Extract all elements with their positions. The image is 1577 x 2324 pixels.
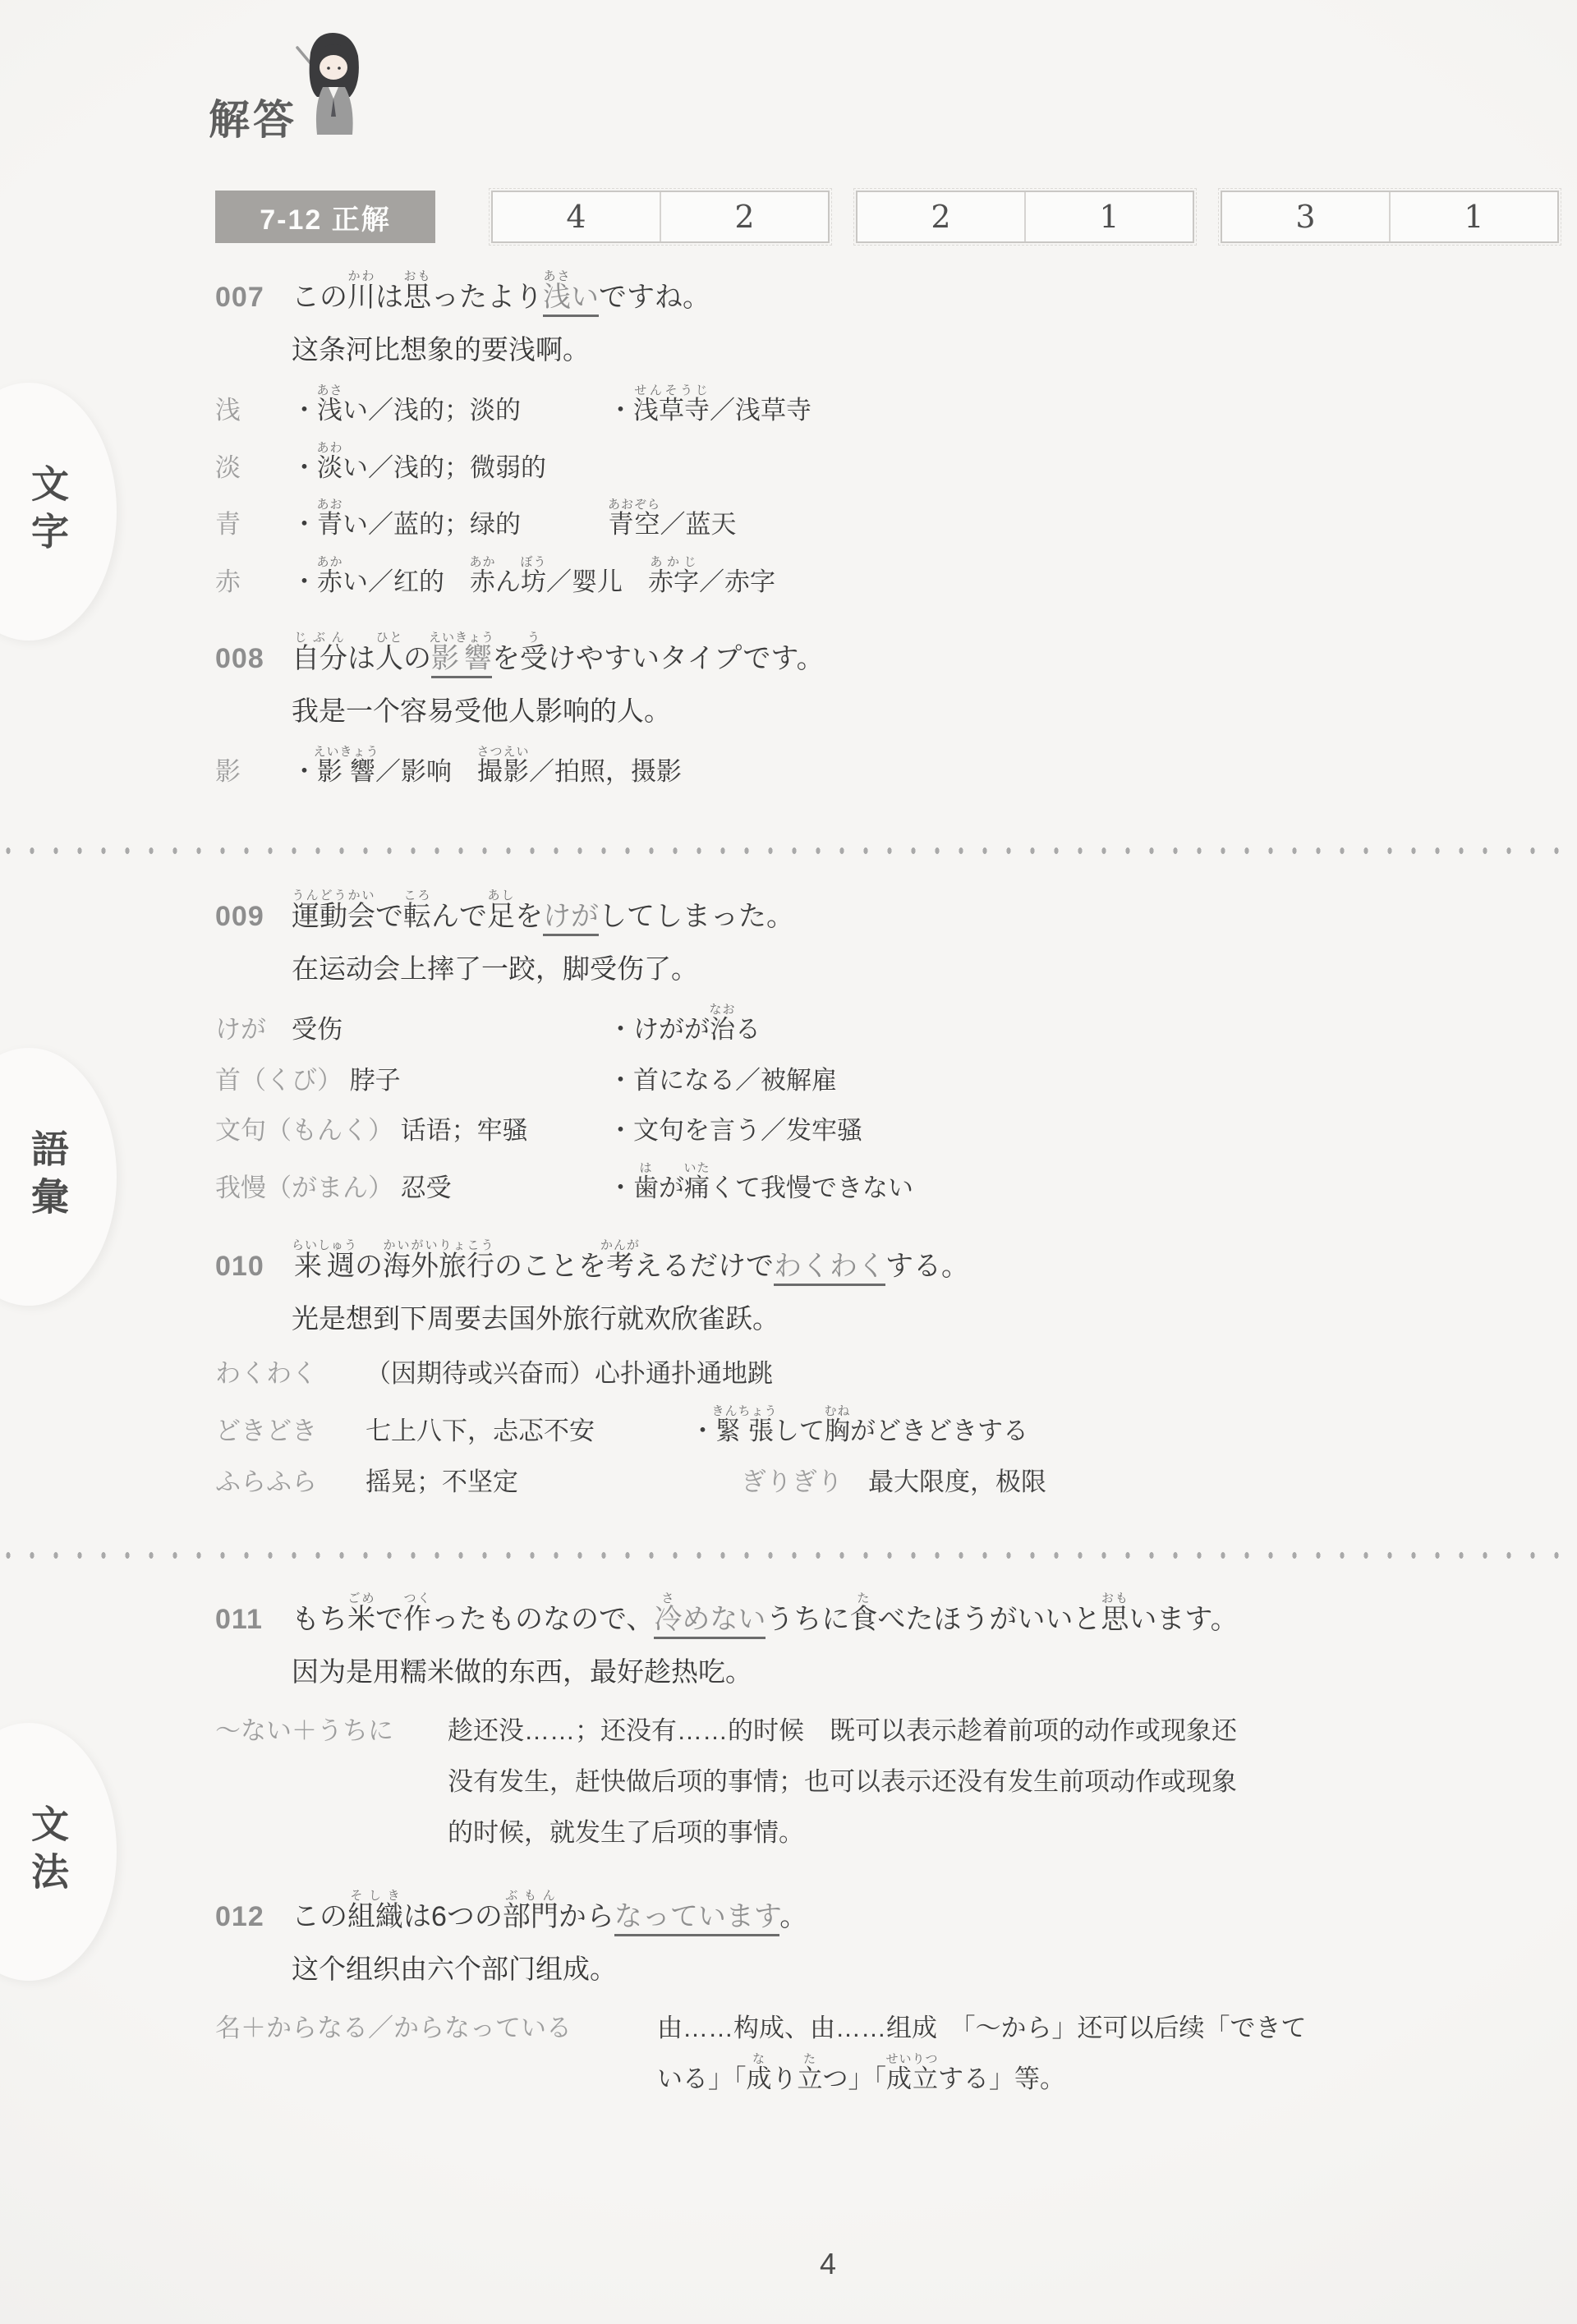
vocab-cell: 青空あおぞら／蓝天 xyxy=(608,498,737,545)
furigana: た xyxy=(849,1591,877,1605)
vocab-row: 青・青あおい／蓝的；绿的青空あおぞら／蓝天 xyxy=(215,498,1546,545)
text-segment: べたほうがいいと xyxy=(877,1604,1101,1635)
text-segment: のことを xyxy=(494,1251,606,1282)
question-line: 009運動会うんどうかいで転ころんで足あしをけがしてしまった。 xyxy=(215,889,1546,935)
ruby-word: 緊張きんちょう xyxy=(715,1417,774,1445)
text-segment: から xyxy=(559,1901,614,1932)
text-segment: ・ xyxy=(608,396,633,425)
text-segment: ・ xyxy=(292,567,317,596)
question-number: 011 xyxy=(215,1604,292,1636)
text-segment: 。 xyxy=(779,1901,807,1932)
ruby-word: 来週らいしゅう xyxy=(292,1251,355,1282)
text-segment: 摇晃；不坚定 xyxy=(366,1467,518,1496)
question-sentence: 運動会うんどうかいで転ころんで足あしをけがしてしまった。 xyxy=(292,889,794,935)
furigana: じぶん xyxy=(292,631,347,645)
furigana: あさ xyxy=(317,384,343,397)
vocab-cell: けが 受伤 xyxy=(215,1009,608,1050)
vocab-row: 〜ない＋うちに趁还没……；还没有……的时候 既可以表示趁着前项的动作或现象还没有… xyxy=(215,1706,1546,1858)
question-sentence: 来週らいしゅうの海外旅行かいがいりょこうのことを考かんがえるだけでわくわくする。 xyxy=(292,1238,969,1284)
text-segment: 趁还没……；还没有……的时候 既可以表示趁着前项的动作或现象还没有发生，赶快做后… xyxy=(448,1716,1237,1847)
furigana: ごめ xyxy=(347,1591,375,1605)
question-line: 011もち米ごめで作つくったものなので、冷さめないうちに食たべたほうがいいと思お… xyxy=(215,1591,1546,1637)
text-segment: この xyxy=(292,282,347,313)
answer-group: 31 xyxy=(1221,191,1559,243)
sentence-translation: 我是一个容易受他人影响的人。 xyxy=(292,690,1546,728)
furigana: おも xyxy=(403,269,431,283)
vocab-row: 影・影響えいきょう／影响 撮影さつえい／拍照，摄影 xyxy=(215,745,1546,792)
vocab-key: 淡 xyxy=(215,447,292,484)
furigana: せんそうじ xyxy=(633,384,710,397)
question-line: 012この組織そしきは6つの部門ぶもんからなっています。 xyxy=(215,1889,1546,1935)
ruby-word: 川かわ xyxy=(347,282,375,313)
ruby-word: 思おも xyxy=(403,282,431,313)
ruby-word: 組織そしき xyxy=(347,1901,403,1932)
vocab-row: 首（くび） 脖子・首になる／被解雇 xyxy=(215,1060,1546,1101)
question-sentence: もち米ごめで作つくったものなので、冷さめないうちに食たべたほうがいいと思おもいま… xyxy=(292,1591,1239,1637)
ruby-word: 痛いた xyxy=(684,1173,710,1202)
text-segment: 最大限度，极限 xyxy=(843,1467,1046,1496)
text-segment: い／浅的；微弱的 xyxy=(343,453,546,482)
text-segment: なっています xyxy=(614,1901,779,1936)
furigana: あし xyxy=(487,889,515,903)
vocab-cell: ・緊張きんちょうして胸むねがどきどきする xyxy=(690,1404,1028,1452)
page-background: 解答 7-12 正解 422131 文字語彙文法 007この川かわは思おもったよ… xyxy=(0,0,1577,2324)
vocab-cell: ・赤あかい／红的 赤あかん坊ぼう／婴儿 赤字あかじ／赤字 xyxy=(292,555,775,603)
vocab-row: 文句（もんく） 话语；牢骚・文句を言う／发牢骚 xyxy=(215,1110,1546,1151)
vocab-key: 名＋からなる／からなっている xyxy=(215,2007,657,2044)
furigana: あお xyxy=(317,498,343,512)
furigana: らいしゅう xyxy=(292,1238,357,1252)
furigana: ぶもん xyxy=(503,1889,559,1903)
vocab-cell: ・けがが治なおる xyxy=(608,1003,761,1050)
vocab-key: わくわく xyxy=(215,1353,366,1389)
furigana: あさ xyxy=(543,269,571,283)
vocab-cell: ぎりぎり 最大限度，极限 xyxy=(690,1462,1046,1503)
ruby-word: 考かんが xyxy=(606,1251,634,1282)
vocab-row: ふらふら摇晃；不坚定 ぎりぎり 最大限度，极限 xyxy=(215,1461,1546,1503)
ruby-word: 坊ぼう xyxy=(521,567,546,596)
text-segment: で xyxy=(375,901,403,932)
furigana: あか xyxy=(317,555,343,569)
text-segment: い／蓝的；绿的 xyxy=(343,510,521,539)
vocab-row: 淡・淡あわい／浅的；微弱的 xyxy=(215,441,1546,489)
vocab-row: けが 受伤・けがが治なおる xyxy=(215,1003,1546,1050)
ruby-word: 撮影さつえい xyxy=(477,757,529,786)
question-sentence: 自分じぶんは人ひとの影響えいきょうを受うけやすいタイプです。 xyxy=(292,631,825,677)
furigana: ひと xyxy=(375,631,403,645)
text-segment: うちに xyxy=(766,1604,849,1635)
text-segment: ／婴儿 xyxy=(546,567,648,596)
sentence-translation: 这个组织由六个部门组成。 xyxy=(292,1948,1546,1986)
girl-teacher-icon xyxy=(284,26,376,140)
vocab-cell: 趁还没……；还没有……的时候 既可以表示趁着前项的动作或现象还没有发生，赶快做后… xyxy=(448,1706,1240,1858)
text-segment: ／赤字 xyxy=(699,567,775,596)
ruby-word: 治なお xyxy=(710,1015,735,1044)
vocab-cell: ・浅草寺せんそうじ／浅草寺 xyxy=(608,384,811,431)
answer-cell: 2 xyxy=(857,192,1024,241)
furigana: えいきょう xyxy=(314,745,379,759)
vocab-cell: 由……构成、由……组成 「〜から」还可以后续「できている」「成なり立たつ」「成立… xyxy=(657,2003,1314,2105)
answers-badge: 7-12 正解 xyxy=(215,191,435,243)
dotted-separator xyxy=(0,844,1577,857)
text-segment: ／影响 xyxy=(375,757,477,786)
text-segment: ・ xyxy=(292,453,317,482)
text-segment: ／拍照，摄影 xyxy=(529,757,682,786)
text-segment: わくわく xyxy=(774,1251,885,1286)
ruby-word: 冷さ xyxy=(654,1604,682,1639)
vocab-rows: 〜ない＋うちに趁还没……；还没有……的时候 既可以表示趁着前项的动作或现象还没有… xyxy=(215,1706,1546,1858)
text-segment: ったより xyxy=(431,282,543,313)
text-segment: ・ xyxy=(292,510,317,539)
furigana: は xyxy=(633,1161,659,1175)
ruby-word: 赤あか xyxy=(317,567,343,596)
text-segment: けが xyxy=(543,901,599,936)
furigana: いた xyxy=(684,1161,710,1175)
vocab-cell: 摇晃；不坚定 xyxy=(366,1462,690,1503)
ruby-word: 浅あさ xyxy=(317,396,343,425)
furigana: な xyxy=(747,2052,772,2066)
furigana: かいがいりょこう xyxy=(383,1238,494,1252)
vocab-cell: ・文句を言う／发牢骚 xyxy=(608,1110,862,1151)
ruby-word: 浅あさ xyxy=(543,282,571,317)
ruby-word: 赤字あかじ xyxy=(648,567,699,596)
vocab-cell: ・影響えいきょう／影响 撮影さつえい／拍照，摄影 xyxy=(292,745,682,792)
sentence-translation: 光是想到下周要去国外旅行就欢欣雀跃。 xyxy=(292,1297,1546,1336)
text-segment: （因期待或兴奋而）心扑通扑通地跳 xyxy=(366,1359,773,1388)
text-segment: ／蓝天 xyxy=(660,510,737,539)
furigana: さつえい xyxy=(477,745,530,759)
question-number: 008 xyxy=(215,643,292,675)
text-segment: り xyxy=(772,2065,798,2093)
vocab-cell: ・歯はが痛いたくて我慢できない xyxy=(608,1161,913,1209)
sentence-translation: 这条河比想象的要浅啊。 xyxy=(292,328,1546,367)
text-segment: する」等。 xyxy=(938,2065,1065,2093)
furigana: ころ xyxy=(403,889,431,903)
text-segment: つ」「 xyxy=(823,2065,887,2093)
ruby-word: 赤あか xyxy=(470,567,495,596)
text-segment: ん xyxy=(495,567,521,596)
side-tab-grammar: 文法 xyxy=(0,1723,117,1981)
text-segment: は xyxy=(375,282,403,313)
vocab-row: 名＋からなる／からなっている由……构成、由……组成 「〜から」还可以后续「できて… xyxy=(215,2003,1546,2105)
vocab-key: 青 xyxy=(215,503,292,540)
text-segment: の xyxy=(355,1251,383,1282)
ruby-word: 運動会うんどうかい xyxy=(292,901,375,932)
furigana: う xyxy=(520,631,548,645)
answer-cell: 1 xyxy=(1389,192,1557,241)
text-segment: 忍受 xyxy=(393,1173,452,1202)
side-tab-label: 語彙 xyxy=(21,1129,75,1224)
vocab-row: わくわく（因期待或兴奋而）心扑通扑通地跳 xyxy=(215,1353,1546,1394)
vocab-key: どきどき xyxy=(215,1410,366,1447)
answer-bar: 7-12 正解 422131 xyxy=(215,191,1559,243)
furigana: あわ xyxy=(317,441,343,455)
text-segment: して xyxy=(774,1417,825,1445)
question-number: 012 xyxy=(215,1901,292,1933)
text-segment: この xyxy=(292,1901,347,1932)
text-segment: 6つの xyxy=(431,1901,503,1932)
text-segment: んで xyxy=(431,901,487,932)
ruby-word: 部門ぶもん xyxy=(503,1901,559,1932)
ruby-word: 自分じぶん xyxy=(292,643,347,674)
section-012: 012この組織そしきは6つの部門ぶもんからなっています。这个组织由六个部门组成。… xyxy=(215,1889,1546,2105)
furigana: そしき xyxy=(347,1889,403,1903)
vocab-cell: ・淡あわい／浅的；微弱的 xyxy=(292,441,546,489)
text-segment: を xyxy=(492,643,520,674)
answer-cell: 3 xyxy=(1222,192,1389,241)
vocab-rows: 浅・浅あさい／浅的；淡的・浅草寺せんそうじ／浅草寺淡・淡あわい／浅的；微弱的青・… xyxy=(215,384,1546,602)
question-line: 007この川かわは思おもったより浅あさいですね。 xyxy=(215,269,1546,315)
text-segment: けやすいタイプです。 xyxy=(548,643,825,674)
side-tab-label: 文字 xyxy=(21,464,75,559)
text-segment: ・けがが xyxy=(608,1015,710,1044)
vocab-rows: 影・影響えいきょう／影响 撮影さつえい／拍照，摄影 xyxy=(215,745,1546,792)
furigana: あか xyxy=(470,555,496,569)
section-010: 010来週らいしゅうの海外旅行かいがいりょこうのことを考かんがえるだけでわくわく… xyxy=(215,1238,1546,1503)
text-segment: の xyxy=(403,643,431,674)
answer-groups: 422131 xyxy=(491,191,1559,243)
ruby-word: 人ひと xyxy=(375,643,403,674)
text-segment: がどきどきする xyxy=(850,1417,1028,1445)
ruby-word: 浅草寺せんそうじ xyxy=(633,396,710,425)
side-tab-characters: 文字 xyxy=(0,383,117,641)
text-segment: ・首になる／被解雇 xyxy=(608,1066,837,1095)
text-segment: 我慢（がまん） xyxy=(215,1173,393,1202)
question-sentence: この川かわは思おもったより浅あさいですね。 xyxy=(292,269,710,315)
vocab-rows: わくわく（因期待或兴奋而）心扑通扑通地跳どきどき七上八下，忐忑不安・緊張きんちょ… xyxy=(215,1353,1546,1503)
section-008: 008自分じぶんは人ひとの影響えいきょうを受うけやすいタイプです。我是一个容易受… xyxy=(215,631,1546,792)
sentence-translation: 在运动会上摔了一跤，脚受伤了。 xyxy=(292,948,1546,986)
ruby-word: 胸むね xyxy=(825,1417,850,1445)
text-segment: けが xyxy=(215,1015,266,1044)
ruby-word: 青あお xyxy=(317,510,343,539)
text-segment: 文句（もんく） xyxy=(215,1116,393,1145)
sentence-translation: 因为是用糯米做的东西，最好趁热吃。 xyxy=(292,1651,1546,1689)
text-segment: 话语；牢骚 xyxy=(393,1116,528,1145)
text-segment: は xyxy=(347,643,375,674)
text-segment: めない xyxy=(682,1604,766,1639)
answer-cell: 4 xyxy=(493,192,660,241)
ruby-word: 思おも xyxy=(1101,1604,1129,1635)
furigana: あおぞら xyxy=(608,498,660,512)
side-tab-label: 文法 xyxy=(21,1804,75,1899)
ruby-word: 成な xyxy=(747,2065,772,2093)
page-number: 4 xyxy=(820,2247,836,2281)
text-segment: る xyxy=(735,1015,761,1044)
text-segment: 受伤 xyxy=(266,1015,343,1044)
vocab-key: 赤 xyxy=(215,561,292,598)
vocab-row: 赤・赤あかい／红的 赤あかん坊ぼう／婴儿 赤字あかじ／赤字 xyxy=(215,555,1546,603)
answer-cell: 2 xyxy=(660,192,828,241)
question-number: 010 xyxy=(215,1251,292,1283)
section-009: 009運動会うんどうかいで転ころんで足あしをけがしてしまった。在运动会上摔了一跤… xyxy=(215,889,1546,1209)
answer-cell: 1 xyxy=(1024,192,1193,241)
text-segment: は xyxy=(403,1901,431,1932)
text-segment: してしまった。 xyxy=(599,901,794,932)
ruby-word: 食た xyxy=(849,1604,877,1635)
vocab-row: 我慢（がまん） 忍受・歯はが痛いたくて我慢できない xyxy=(215,1161,1546,1209)
text-segment: い／红的 xyxy=(343,567,470,596)
section-007: 007この川かわは思おもったより浅あさいですね。这条河比想象的要浅啊。浅・浅あさ… xyxy=(215,269,1546,603)
vocab-key: 〜ない＋うちに xyxy=(215,1710,448,1747)
section-011: 011もち米ごめで作つくったものなので、冷さめないうちに食たべたほうがいいと思お… xyxy=(215,1591,1546,1858)
text-segment: い／浅的；淡的 xyxy=(343,396,521,425)
text-segment: する。 xyxy=(885,1251,969,1282)
ruby-word: 立た xyxy=(798,2065,823,2093)
furigana: かわ xyxy=(347,269,375,283)
vocab-cell: 文句（もんく） 话语；牢骚 xyxy=(215,1110,608,1151)
furigana: うんどうかい xyxy=(292,889,375,903)
vocab-cell: 七上八下，忐忑不安 xyxy=(366,1411,690,1452)
text-segment: えるだけで xyxy=(634,1251,774,1282)
ruby-word: 歯は xyxy=(633,1173,659,1202)
text-segment: もち xyxy=(292,1604,347,1635)
question-line: 008自分じぶんは人ひとの影響えいきょうを受うけやすいタイプです。 xyxy=(215,631,1546,677)
text-segment: います。 xyxy=(1129,1604,1238,1635)
text-segment: ・文句を言う／发牢骚 xyxy=(608,1116,862,1145)
text-segment: で xyxy=(375,1604,403,1635)
vocab-cell: ・浅あさい／浅的；淡的 xyxy=(292,384,608,431)
furigana: あかじ xyxy=(648,555,699,569)
ruby-word: 影響えいきょう xyxy=(317,757,375,786)
furigana: きんちょう xyxy=(712,1404,778,1418)
side-tab-vocabulary: 語彙 xyxy=(0,1048,117,1306)
ruby-word: 海外旅行かいがいりょこう xyxy=(383,1251,494,1282)
question-number: 007 xyxy=(215,282,292,314)
furigana: た xyxy=(798,2052,823,2066)
text-segment: ・ xyxy=(608,1173,633,1202)
vocab-cell: ・青あおい／蓝的；绿的 xyxy=(292,498,608,545)
text-segment: 七上八下，忐忑不安 xyxy=(366,1417,595,1445)
vocab-key: 影 xyxy=(215,751,292,788)
vocab-cell: ・首になる／被解雇 xyxy=(608,1060,837,1101)
question-line: 010来週らいしゅうの海外旅行かいがいりょこうのことを考かんがえるだけでわくわく… xyxy=(215,1238,1546,1284)
furigana: さ xyxy=(654,1591,682,1605)
question-number: 009 xyxy=(215,901,292,933)
furigana: おも xyxy=(1101,1591,1129,1605)
text-segment: ですね。 xyxy=(599,282,710,313)
dotted-separator xyxy=(0,1549,1577,1562)
text-segment: くて我慢できない xyxy=(710,1173,913,1202)
vocab-cell: 首（くび） 脖子 xyxy=(215,1060,608,1101)
vocab-cell: 我慢（がまん） 忍受 xyxy=(215,1168,608,1209)
text-segment: ・ xyxy=(292,396,317,425)
ruby-word: 受う xyxy=(520,643,548,674)
vocab-row: どきどき七上八下，忐忑不安・緊張きんちょうして胸むねがどきどきする xyxy=(215,1404,1546,1452)
text-segment: 首（くび） xyxy=(215,1066,343,1095)
furigana: ぼう xyxy=(521,555,547,569)
furigana: なお xyxy=(710,1003,736,1017)
text-segment: ぎりぎり xyxy=(741,1467,843,1496)
furigana: せいりつ xyxy=(886,2052,939,2066)
text-segment: ／浅草寺 xyxy=(710,396,811,425)
answer-group: 42 xyxy=(491,191,830,243)
text-segment: が xyxy=(659,1173,684,1202)
text-segment xyxy=(690,1467,741,1496)
ruby-word: 作つく xyxy=(403,1604,431,1635)
ruby-word: 成立せいりつ xyxy=(886,2065,938,2093)
ruby-word: 足あし xyxy=(487,901,515,932)
mascot-illustration xyxy=(284,26,376,144)
vocab-rows: 名＋からなる／からなっている由……构成、由……组成 「〜から」还可以后续「できて… xyxy=(215,2003,1546,2105)
ruby-word: 影響えいきょう xyxy=(431,643,492,678)
furigana: むね xyxy=(825,1404,851,1418)
ruby-word: 転ころ xyxy=(403,901,431,932)
text-segment: ったものなので、 xyxy=(431,1604,654,1635)
vocab-rows: けが 受伤・けがが治なおる首（くび） 脖子・首になる／被解雇文句（もんく） 话语… xyxy=(215,1003,1546,1208)
text-segment: い xyxy=(571,282,599,317)
vocab-key: ふらふら xyxy=(215,1461,366,1498)
answer-group: 21 xyxy=(856,191,1194,243)
furigana: つく xyxy=(403,1591,431,1605)
furigana: かんが xyxy=(600,1238,640,1252)
text-segment: 脖子 xyxy=(343,1066,401,1095)
ruby-word: 淡あわ xyxy=(317,453,343,482)
vocab-cell: （因期待或兴奋而）心扑通扑通地跳 xyxy=(366,1353,773,1394)
vocab-key: 浅 xyxy=(215,389,292,426)
vocab-row: 浅・浅あさい／浅的；淡的・浅草寺せんそうじ／浅草寺 xyxy=(215,384,1546,431)
ruby-word: 米ごめ xyxy=(347,1604,375,1635)
ruby-word: 青空あおぞら xyxy=(608,510,660,539)
question-sentence: この組織そしきは6つの部門ぶもんからなっています。 xyxy=(292,1889,807,1935)
furigana: えいきょう xyxy=(429,631,494,645)
text-segment: を xyxy=(515,901,543,932)
